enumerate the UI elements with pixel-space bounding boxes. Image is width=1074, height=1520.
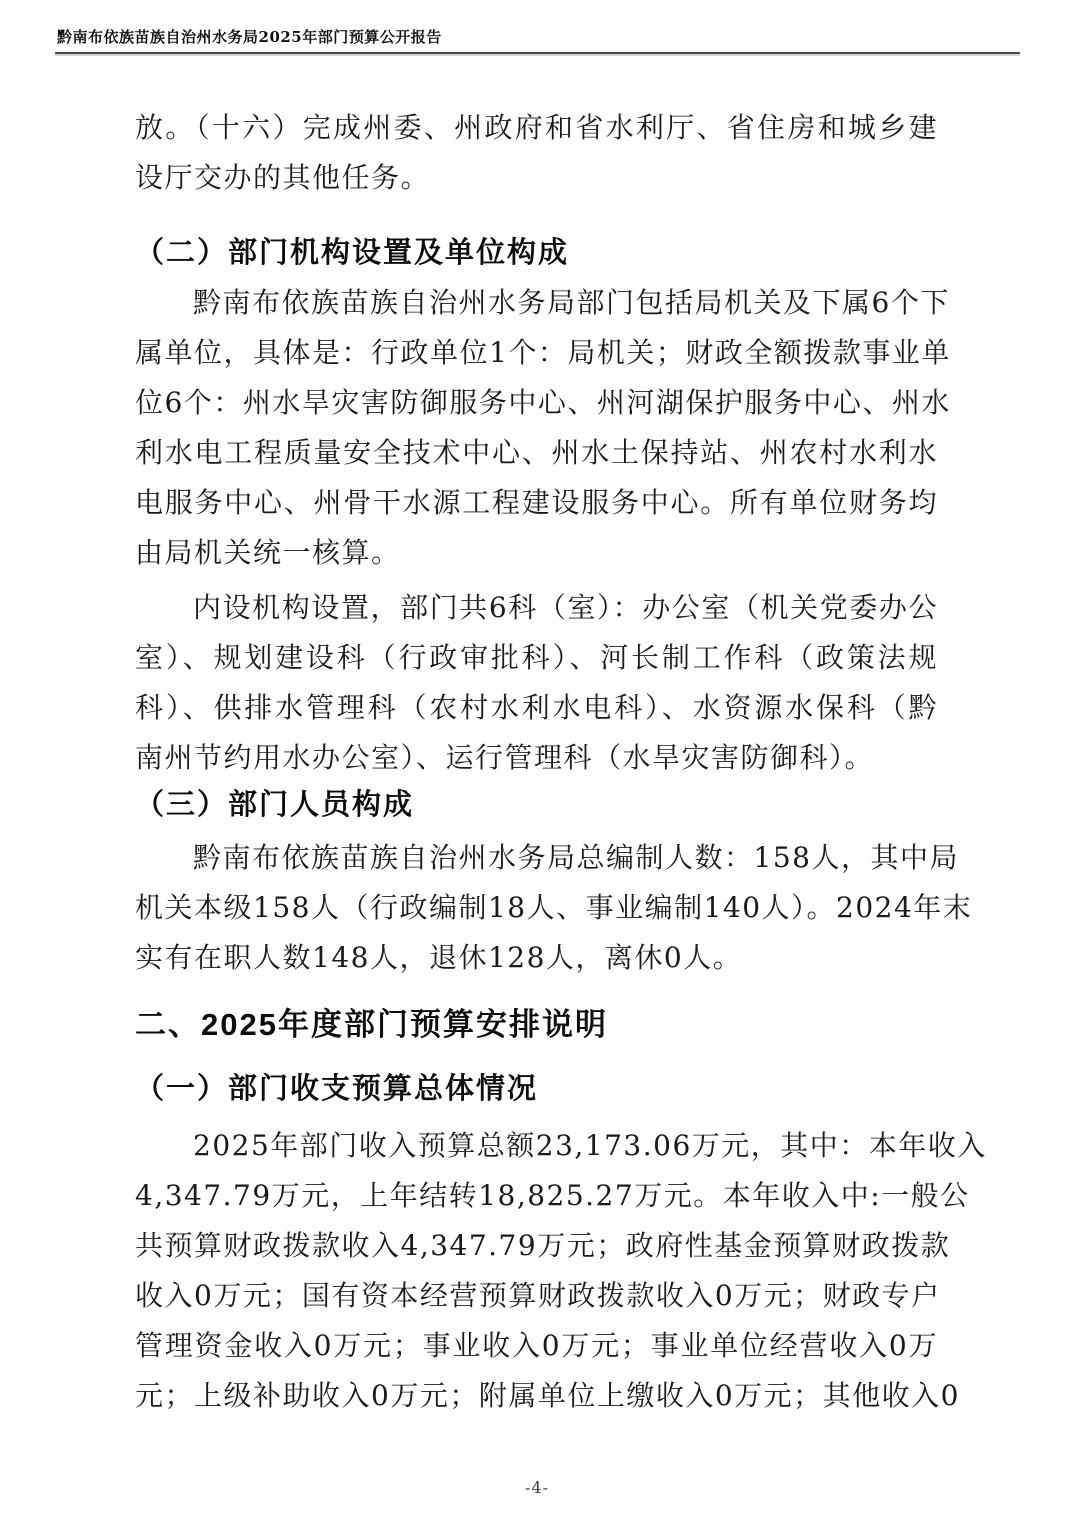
paragraph: 黔南布依族苗族自治州水务局总编制人数：158人，其中局机关本级158人（行政编制…: [135, 833, 938, 983]
text-line: 利水电工程质量安全技术中心、州水土保持站、州农村水利水: [135, 428, 938, 478]
paragraph: 2025年部门收入预算总额23,173.06万元，其中：本年收入4,347.79…: [135, 1121, 938, 1421]
page-footer: -4-: [0, 1478, 1074, 1497]
text-line: 放。（十六）完成州委、州政府和省水利厅、省住房和城乡建: [135, 103, 938, 153]
page-number: -4-: [525, 1478, 549, 1497]
text-line: 黔南布依族苗族自治州水务局总编制人数：158人，其中局: [135, 833, 938, 883]
section-heading: 二、2025年度部门预算安排说明: [135, 998, 938, 1052]
text-line: 4,347.79万元，上年结转18,825.27万元。本年收入中:一般公: [135, 1171, 938, 1221]
text-line: 位6个：州水旱灾害防御服务中心、州河湖保护服务中心、州水: [135, 378, 938, 428]
paragraph: 放。（十六）完成州委、州政府和省水利厅、省住房和城乡建设厅交办的其他任务。: [135, 103, 938, 203]
text-line: 属单位，具体是：行政单位1个：局机关；财政全额拨款事业单: [135, 328, 938, 378]
text-line: 电服务中心、州骨干水源工程建设服务中心。所有单位财务均: [135, 478, 938, 528]
text-line: 收入0万元；国有资本经营预算财政拨款收入0万元；财政专户: [135, 1271, 938, 1321]
paragraph: 黔南布依族苗族自治州水务局部门包括局机关及下属6个下属单位，具体是：行政单位1个…: [135, 278, 938, 578]
document-content: 放。（十六）完成州委、州政府和省水利厅、省住房和城乡建设厅交办的其他任务。（二）…: [135, 0, 938, 1520]
text-line: 元；上级补助收入0万元；附属单位上缴收入0万元；其他收入0: [135, 1371, 938, 1421]
text-line: 机关本级158人（行政编制18人、事业编制140人）。2024年末: [135, 883, 938, 933]
text-line: 南州节约用水办公室）、运行管理科（水旱灾害防御科）。: [135, 733, 938, 783]
text-line: 管理资金收入0万元；事业收入0万元；事业单位经营收入0万: [135, 1321, 938, 1371]
text-line: 实有在职人数148人，退休128人，离休0人。: [135, 933, 938, 983]
text-line: 2025年部门收入预算总额23,173.06万元，其中：本年收入: [135, 1121, 938, 1171]
section-heading: （三）部门人员构成: [135, 780, 938, 830]
text-line: 室）、规划建设科（行政审批科）、河长制工作科（政策法规: [135, 633, 938, 683]
document-page: 黔南布依族苗族自治州水务局2025年部门预算公开报告 放。（十六）完成州委、州政…: [0, 0, 1074, 1520]
text-line: 共预算财政拨款收入4,347.79万元；政府性基金预算财政拨款: [135, 1221, 938, 1271]
text-line: 内设机构设置，部门共6科（室）：办公室（机关党委办公: [135, 583, 938, 633]
section-heading: （二）部门机构设置及单位构成: [135, 228, 938, 278]
text-line: 设厅交办的其他任务。: [135, 153, 938, 203]
section-heading: （一）部门收支预算总体情况: [135, 1064, 938, 1114]
paragraph: 内设机构设置，部门共6科（室）：办公室（机关党委办公室）、规划建设科（行政审批科…: [135, 583, 938, 783]
text-line: 黔南布依族苗族自治州水务局部门包括局机关及下属6个下: [135, 278, 938, 328]
text-line: 科）、供排水管理科（农村水利水电科）、水资源水保科（黔: [135, 683, 938, 733]
text-line: 由局机关统一核算。: [135, 528, 938, 578]
